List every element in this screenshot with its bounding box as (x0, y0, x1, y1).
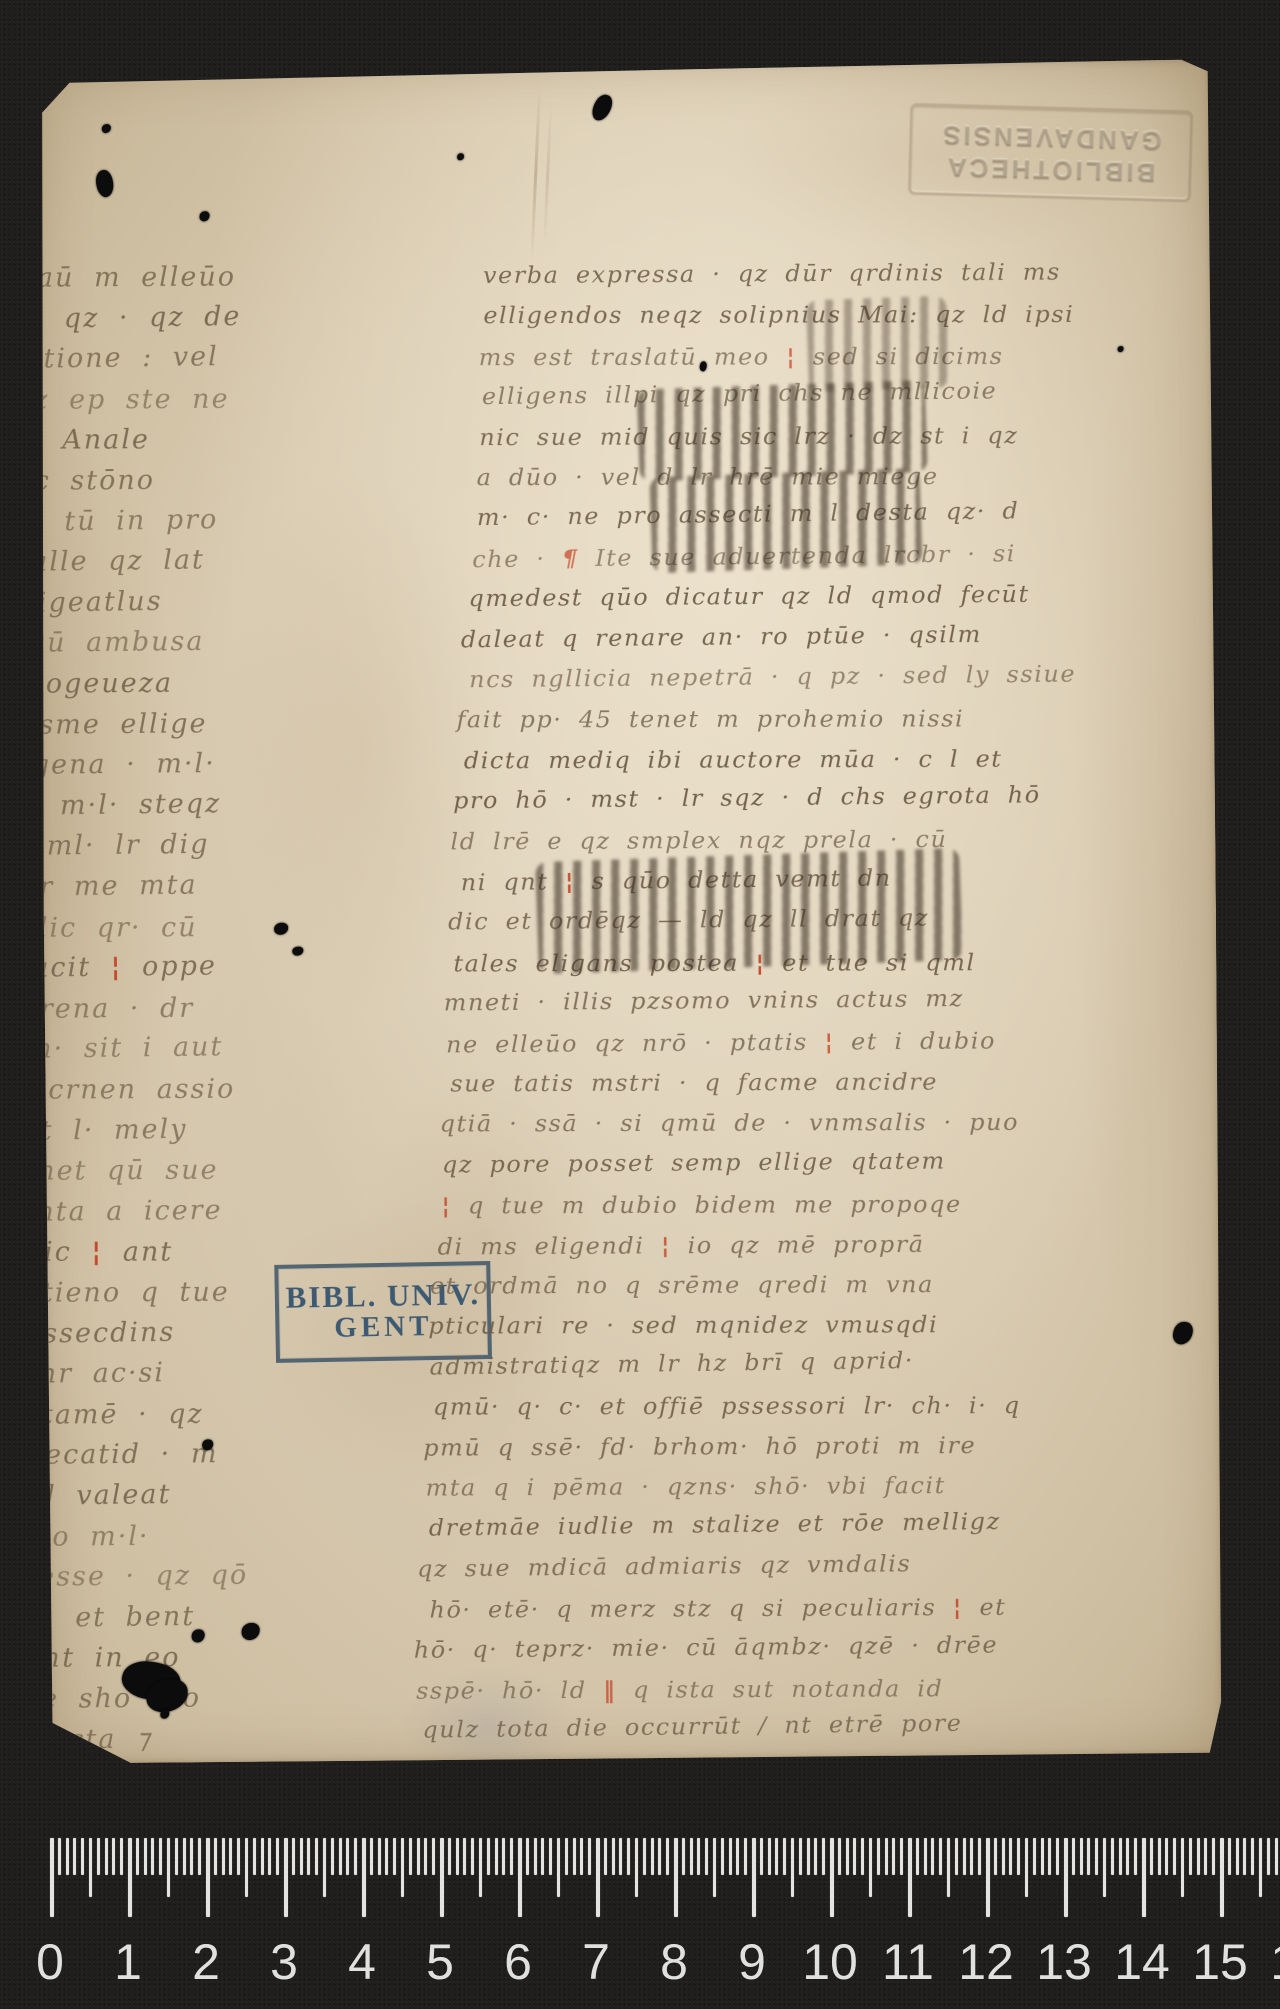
manuscript-photo: { "stamps": { "embossed": { "description… (0, 0, 1280, 2009)
manuscript-line: elligens illpi qz pri chs ne mllicoie (482, 378, 998, 410)
ruler-tick (1142, 1838, 1146, 1917)
ruler-tick (206, 1838, 210, 1917)
manuscript-line: verba expressa · qz dūr qrdinis tali ms (483, 260, 1061, 290)
ruler-number: 12 (958, 1933, 1014, 1991)
manuscript-line: ld lrē e qz smplex nqz prela · cū (450, 826, 947, 855)
ruler-tick (151, 1838, 154, 1875)
ruler-tick (268, 1838, 271, 1875)
rubric-mark: ¦ (756, 949, 766, 976)
manuscript-line: di ms eligendi ¦ io qz mē proprā (438, 1231, 925, 1261)
manuscript-line: nic sue mid quis sic lrz · dz st i qz (480, 423, 1019, 451)
ruler-tick (744, 1838, 747, 1875)
ruler-tick (705, 1838, 708, 1875)
ruler-tick (66, 1838, 69, 1875)
ruler-number: 5 (426, 1933, 454, 1991)
ruler-tick (292, 1838, 295, 1875)
ruler-tick (541, 1838, 544, 1875)
rubric-mark: ‖ (35, 425, 42, 456)
ruler-tick (908, 1838, 912, 1917)
ruler-tick (167, 1838, 170, 1897)
ruler-tick (1009, 1838, 1012, 1875)
ruler-number: 6 (504, 1933, 532, 1991)
ruler-tick (1041, 1838, 1044, 1875)
ruler-tick (947, 1838, 950, 1897)
manuscript-line: sspē· hō· ld ‖ q ista sut notanda id (416, 1675, 943, 1704)
ruler-tick (1033, 1838, 1036, 1875)
photographic-scale-ruler: 012345678910111213141516 (0, 1833, 1280, 2009)
ruler-tick (604, 1838, 607, 1875)
ruler-tick (612, 1838, 615, 1875)
ruler-tick (401, 1838, 404, 1897)
manuscript-line: qz pore posset semp ellige qtatem (442, 1148, 946, 1178)
manuscript-line: et ordmā no q srēme qredi m vna (430, 1272, 934, 1299)
ruler-tick (885, 1838, 888, 1875)
ruler-tick (1111, 1838, 1114, 1875)
ruler-tick (760, 1838, 763, 1875)
ruler-tick (1197, 1838, 1200, 1875)
ruler-tick (1228, 1838, 1231, 1875)
manuscript-line: sue tatis mstri · q facme ancidre (450, 1070, 938, 1098)
ruler-number: 15 (1192, 1933, 1248, 1991)
manuscript-line: dicta mediq ibi auctore mūa · c l et (464, 746, 1003, 774)
ruler-tick (331, 1838, 334, 1875)
ruler-tick (822, 1838, 825, 1875)
manuscript-line: ms est traslatū meo ¦ sed si dicims (478, 343, 1003, 371)
ruler-tick (1150, 1838, 1153, 1875)
ruler-tick (1267, 1838, 1270, 1875)
ruler-tick (198, 1838, 201, 1875)
ruler-tick (1072, 1838, 1075, 1875)
ruler-tick (768, 1838, 771, 1875)
ruler-tick (549, 1838, 552, 1875)
ruler-tick (924, 1838, 927, 1875)
ruler-tick (245, 1838, 248, 1897)
ruler-tick (253, 1838, 256, 1875)
manuscript-line: ne elleūo qz nrō · ptatis ¦ et i dubio (446, 1027, 996, 1058)
ruler-tick (892, 1838, 895, 1875)
ruler-tick (417, 1838, 420, 1875)
ruler-tick (479, 1838, 482, 1897)
rubric-mark: ¦ (564, 868, 575, 895)
ruler-tick (565, 1838, 568, 1875)
ruler-tick (635, 1838, 638, 1897)
ruler-tick (588, 1838, 591, 1875)
ruler-tick (1158, 1838, 1161, 1875)
ruler-tick (284, 1838, 288, 1917)
ruler-tick (697, 1838, 700, 1875)
ruler-tick (1080, 1838, 1083, 1875)
ruler-tick (339, 1838, 342, 1875)
manuscript-line: qtiā · ssā · si qmū de · vnmsalis · puo (440, 1110, 1019, 1138)
manuscript-line: tales eligans postea ¦ et tue si qml (454, 949, 976, 977)
manuscript-line: fait pp· 45 tenet m prohemio nissi (456, 707, 964, 734)
ruler-tick (362, 1838, 366, 1917)
ruler-tick (573, 1838, 576, 1875)
manuscript-line: qz sue mdicā admiaris qz vmdalis (417, 1551, 911, 1583)
ruler-tick (1025, 1838, 1028, 1897)
ruler-tick (97, 1838, 100, 1875)
ruler-tick (315, 1838, 318, 1875)
ruler-tick (931, 1838, 934, 1875)
ruler-tick (237, 1838, 240, 1875)
ruler-tick (986, 1838, 990, 1917)
ruler-tick (846, 1838, 849, 1875)
ruler-tick (58, 1838, 61, 1875)
ruler-number: 4 (348, 1933, 376, 1991)
rubric-mark: ¦ (441, 1193, 451, 1220)
ruler-tick (1087, 1838, 1090, 1875)
ruler-tick (518, 1838, 522, 1917)
ruler-tick (526, 1838, 529, 1875)
ruler-tick (502, 1838, 505, 1875)
ruler-tick (557, 1838, 560, 1897)
ruler-tick (346, 1838, 349, 1875)
ruler-tick (690, 1838, 693, 1875)
ruler-tick (580, 1838, 583, 1875)
ruler-tick (81, 1838, 84, 1875)
ruler-number: 7 (582, 1933, 610, 1991)
manuscript-line: ncs ngllicia nepetrā · q pz · sed ly ssi… (469, 661, 1076, 693)
ruler-tick (775, 1838, 778, 1875)
ruler-tick (385, 1838, 388, 1875)
ruler-tick (1064, 1838, 1068, 1917)
manuscript-line: qmedest qūo dicatur qz ld qmod fecūt (469, 582, 1030, 612)
ruler-tick (183, 1838, 186, 1875)
ruler-tick (378, 1838, 381, 1875)
ruler-number: 11 (882, 1933, 934, 1991)
manuscript-line: elligendos neqz solipnius Mai: qz ld ips… (483, 302, 1074, 329)
ruler-tick (261, 1838, 264, 1875)
ruler-number: 0 (36, 1933, 64, 1991)
ruler-tick (89, 1838, 92, 1897)
ruler-tick (128, 1838, 132, 1917)
ruler-tick (1204, 1838, 1207, 1875)
ruler-tick (1126, 1838, 1129, 1875)
ruler-tick (73, 1838, 76, 1875)
ruler-tick (619, 1838, 622, 1875)
manuscript-line: mneti · illis pzsomo vnins actus mz (443, 986, 963, 1016)
manuscript-line: mta q i pēma · qzns· shō· vbi facit (425, 1473, 945, 1501)
manuscript-line: hō· etē· q merz stz q si peculiaris ¦ et (429, 1594, 1006, 1624)
ruler-tick (463, 1838, 466, 1875)
ruler-tick (721, 1838, 724, 1875)
ruler-tick (1103, 1838, 1106, 1897)
ruler-number: 8 (660, 1933, 688, 1991)
ruler-tick (120, 1838, 123, 1875)
manuscript-line: che · ¶ Ite sue aduertenda lrcbr · si (472, 540, 1016, 573)
ruler-tick (799, 1838, 802, 1875)
ruler-tick (456, 1838, 459, 1875)
ruler-tick (1236, 1838, 1239, 1875)
rubric-mark: ‖ (603, 1677, 617, 1704)
rubric-mark: ¶ (562, 545, 579, 572)
ruler-tick (50, 1838, 54, 1917)
ruler-tick (190, 1838, 193, 1875)
ruler-tick (651, 1838, 654, 1875)
ruler-tick (1259, 1838, 1262, 1897)
rubric-mark: ¦ (952, 1594, 962, 1621)
ruler-number: 13 (1036, 1933, 1092, 1991)
ruler-tick (877, 1838, 880, 1875)
ruler-tick (393, 1838, 396, 1875)
ruler-tick (510, 1838, 513, 1875)
manuscript-line: qulz tota die occurrūt / nt etrē pore (422, 1711, 962, 1744)
ruler-tick (323, 1838, 326, 1897)
ruler-number: 1 (114, 1933, 142, 1991)
ruler-number: 16 (1270, 1933, 1280, 1991)
ruler-tick (495, 1838, 498, 1875)
ruler-tick (963, 1838, 966, 1875)
ruler-tick (1181, 1838, 1184, 1897)
manuscript-line: ni qnt ¦ s qūo detta vemt dn (460, 864, 891, 896)
ruler-tick (136, 1838, 139, 1875)
manuscript-line: ¦ q tue m dubio bidem me propoqe (441, 1191, 961, 1220)
ruler-tick (1095, 1838, 1098, 1875)
manuscript-line: daleat q renare an· ro ptūe · qsilm (461, 621, 982, 652)
ruler-tick (105, 1838, 108, 1875)
ruler-tick (643, 1838, 646, 1875)
rubric-mark: ¦ (661, 1232, 671, 1259)
manuscript-line: dretmāe iudlie m stalize et rōe melligz (429, 1509, 1001, 1542)
ruler-tick (424, 1838, 427, 1875)
ruler-tick (534, 1838, 537, 1875)
ruler-tick (658, 1838, 661, 1875)
ruler-tick (307, 1838, 310, 1875)
ruler-tick (939, 1838, 942, 1875)
ruler-tick (214, 1838, 217, 1875)
ruler-tick (144, 1838, 147, 1875)
ruler-tick (729, 1838, 732, 1875)
ruler-tick (1119, 1838, 1122, 1875)
ruler-tick (300, 1838, 303, 1875)
ruler-tick (666, 1838, 669, 1875)
ruler-number: 2 (192, 1933, 220, 1991)
ruler-tick (1251, 1838, 1254, 1875)
ruler-tick (713, 1838, 716, 1897)
ruler-tick (1048, 1838, 1051, 1875)
manuscript-line: admistratiqz m lr hz brī q aprid· (430, 1348, 915, 1381)
ruler-tick (838, 1838, 841, 1875)
ruler-tick (1189, 1838, 1192, 1875)
ruler-tick (471, 1838, 474, 1875)
manuscript-line: dic et ordēqz — ld qz ll drat qz (448, 906, 929, 936)
ruler-tick (869, 1838, 872, 1897)
ruler-tick (175, 1838, 178, 1875)
manuscript-line: hō· q· teprz· mie· cū āqmbz· qzē · drēe (414, 1632, 999, 1663)
manuscript-line: pro hō · mst · lr sqz · d chs egrota hō (453, 782, 1041, 814)
rubric-mark: ¦ (824, 1028, 834, 1055)
ruler-tick (1220, 1838, 1224, 1917)
ruler-tick (830, 1838, 834, 1917)
ruler-tick (1173, 1838, 1176, 1875)
ruler-tick (1002, 1838, 1005, 1875)
ruler-number: 14 (1114, 1933, 1170, 1991)
ruler-tick (807, 1838, 810, 1875)
ruler-tick (853, 1838, 856, 1875)
ruler-tick (229, 1838, 232, 1875)
manuscript-line: a dūo · vel d lr hrē mie miege (477, 464, 939, 491)
ruler-tick (978, 1838, 981, 1875)
manuscript-line: m· c· ne pro assecti m l desta qz· d (476, 499, 1019, 532)
ruler-tick (1134, 1838, 1137, 1875)
manuscript-line: pmū q ssē· fd· brhom· hō proti m ire (423, 1433, 976, 1462)
ruler-tick (783, 1838, 786, 1875)
ruler-tick (112, 1838, 115, 1875)
ruler-tick (1017, 1838, 1020, 1875)
ruler-tick (1275, 1838, 1278, 1875)
ruler-tick (370, 1838, 373, 1875)
manuscript-line: pticulari re · sed mqnidez vmusqdi (428, 1313, 938, 1340)
ruler-number: 3 (270, 1933, 298, 1991)
ruler-tick (1056, 1838, 1059, 1875)
ruler-tick (222, 1838, 225, 1875)
ruler-tick (440, 1838, 444, 1917)
ruler-number: 9 (738, 1933, 766, 1991)
ruler-tick (276, 1838, 279, 1875)
ruler-tick (1243, 1838, 1246, 1875)
ruler-tick (791, 1838, 794, 1897)
ruler-tick (448, 1838, 451, 1875)
ruler-tick (682, 1838, 685, 1875)
ruler-tick (487, 1838, 490, 1875)
ruler-number: 10 (802, 1933, 858, 1991)
ruler-tick (432, 1838, 435, 1875)
rubric-mark: ¦ (786, 343, 796, 370)
ruler-tick (994, 1838, 997, 1875)
ruler-tick (752, 1838, 756, 1917)
ruler-tick (674, 1838, 678, 1917)
manuscript-right-column: verba expressa · qz dūr qrdinis tali mse… (35, 59, 1222, 1763)
ruler-tick (916, 1838, 919, 1875)
ruler-tick (1165, 1838, 1168, 1875)
ruler-tick (900, 1838, 903, 1875)
ruler-tick (814, 1838, 817, 1875)
ruler-tick (409, 1838, 412, 1875)
ruler-tick (627, 1838, 630, 1875)
ruler-tick (596, 1838, 600, 1917)
parchment-page: BIBLIOTHECA GANDAVENSIS BIBL. UNIV. GENT… (35, 59, 1222, 1763)
ruler-tick (159, 1838, 162, 1875)
ruler-tick (736, 1838, 739, 1875)
ruler-tick (970, 1838, 973, 1875)
ruler-tick (354, 1838, 357, 1875)
ruler-tick (1212, 1838, 1215, 1875)
manuscript-line: qmū· q· c· et offiē pssessori lr· ch· i·… (433, 1393, 1021, 1420)
ruler-tick (955, 1838, 958, 1875)
ruler-tick (861, 1838, 864, 1875)
